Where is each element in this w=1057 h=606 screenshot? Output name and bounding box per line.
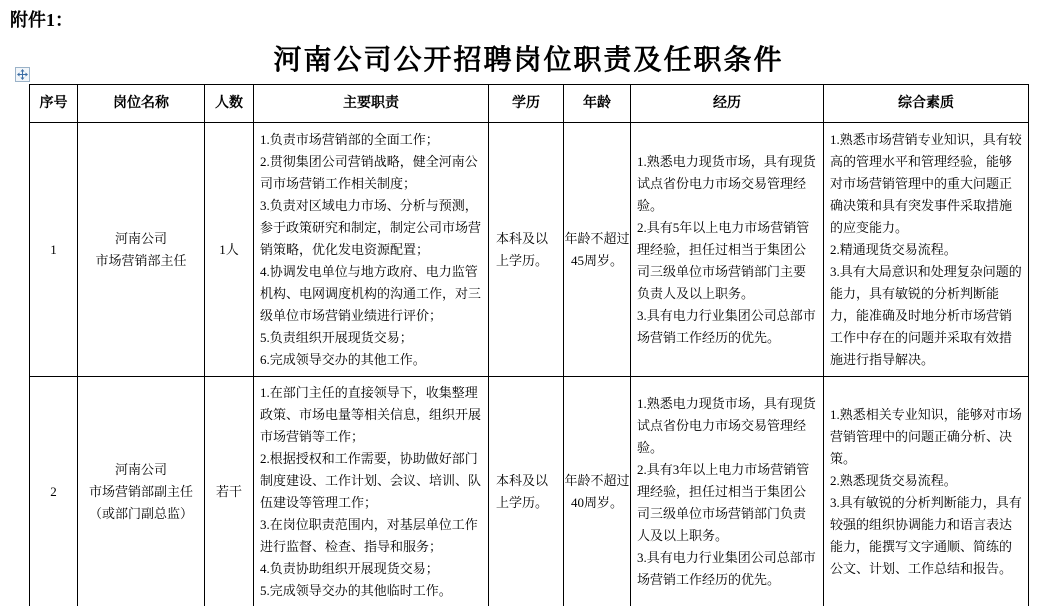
column-header-experience: 经历: [631, 85, 824, 123]
column-header-education: 学历: [489, 85, 564, 123]
education-cell: 本科及以上学历。: [489, 123, 564, 377]
seq-cell: 1: [30, 123, 78, 377]
experience-cell: 1.熟悉电力现货市场，具有现货试点省份电力市场交易管理经验。 2.具有5年以上电…: [631, 123, 824, 377]
recruitment-table: 序号 岗位名称 人数 主要职责 学历 年龄 经历 综合素质 1 河南公司 市场营…: [29, 84, 1029, 606]
age-cell: 年龄不超过45周岁。: [564, 123, 631, 377]
table-move-handle-icon[interactable]: [15, 67, 30, 82]
attachment-label: 附件1：: [10, 6, 73, 32]
column-header-headcount: 人数: [205, 85, 254, 123]
position-name-cell: 河南公司 市场营销部主任: [78, 123, 205, 377]
position-name-cell: 河南公司 市场营销部副主任 （或部门副总监）: [78, 377, 205, 606]
seq-cell: 2: [30, 377, 78, 606]
column-header-quality: 综合素质: [824, 85, 1029, 123]
headcount-cell: 若干: [205, 377, 254, 606]
table-header-row: 序号 岗位名称 人数 主要职责 学历 年龄 经历 综合素质: [30, 85, 1029, 123]
quality-cell: 1.熟悉市场营销专业知识，具有较高的管理水平和管理经验，能够对市场营销管理中的重…: [824, 123, 1029, 377]
education-cell: 本科及以上学历。: [489, 377, 564, 606]
four-arrow-move-icon: [17, 69, 28, 80]
headcount-cell: 1人: [205, 123, 254, 377]
table-row: 2 河南公司 市场营销部副主任 （或部门副总监） 若干 1.在部门主任的直接领导…: [30, 377, 1029, 606]
duties-cell: 1.在部门主任的直接领导下，收集整理政策、市场电量等相关信息，组织开展市场营销等…: [254, 377, 489, 606]
column-header-age: 年龄: [564, 85, 631, 123]
age-cell: 年龄不超过40周岁。: [564, 377, 631, 606]
column-header-seq: 序号: [30, 85, 78, 123]
quality-cell: 1.熟悉相关专业知识，能够对市场营销管理中的问题正确分析、决策。 2.熟悉现货交…: [824, 377, 1029, 606]
column-header-position: 岗位名称: [78, 85, 205, 123]
page-title: 河南公司公开招聘岗位职责及任职条件: [0, 38, 1057, 78]
duties-cell: 1.负责市场营销部的全面工作； 2.贯彻集团公司营销战略，健全河南公司市场营销工…: [254, 123, 489, 377]
column-header-duties: 主要职责: [254, 85, 489, 123]
experience-cell: 1.熟悉电力现货市场，具有现货试点省份电力市场交易管理经验。 2.具有3年以上电…: [631, 377, 824, 606]
document-page: 附件1： 河南公司公开招聘岗位职责及任职条件 序号 岗位名称 人数: [0, 0, 1057, 606]
table-row: 1 河南公司 市场营销部主任 1人 1.负责市场营销部的全面工作； 2.贯彻集团…: [30, 123, 1029, 377]
